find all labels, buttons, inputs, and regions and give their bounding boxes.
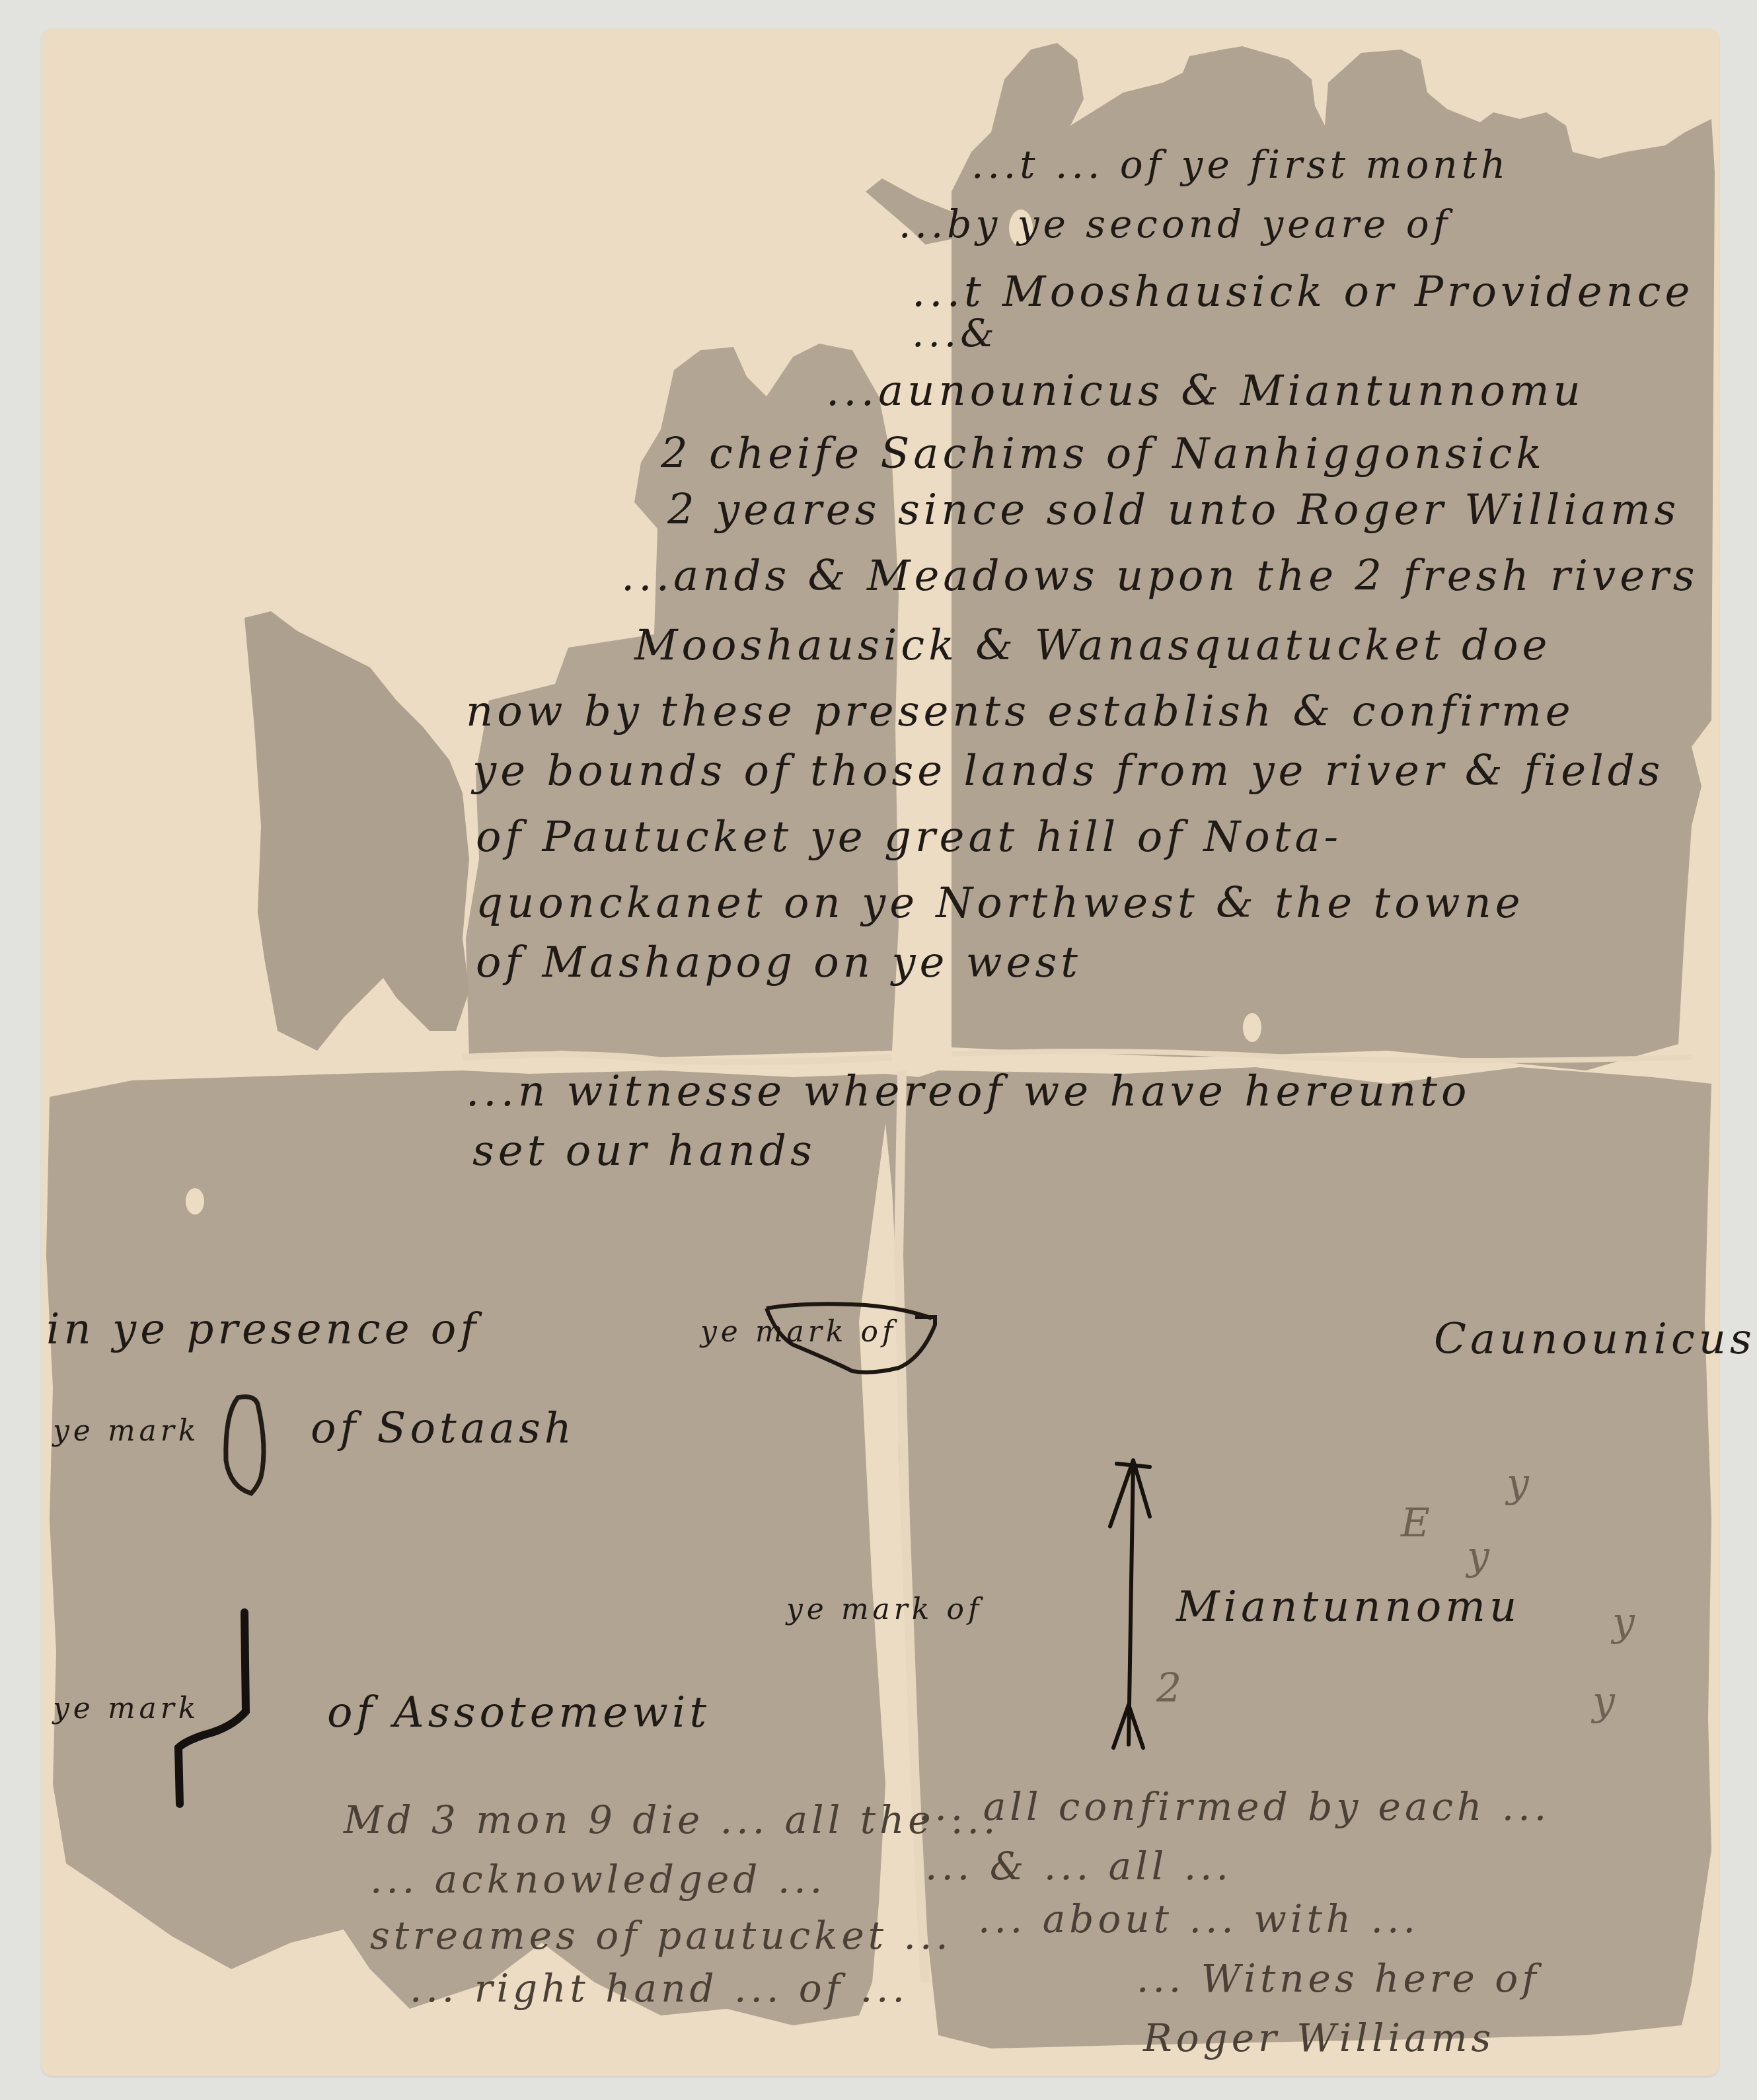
postscript-left-line: Md 3 mon 9 die ... all the ... — [344, 1797, 999, 1842]
postscript-signature: Roger Williams — [1143, 2015, 1495, 2060]
witness-heading: in ye presence of — [46, 1305, 480, 1354]
signer-1-name: Caunounicus — [1434, 1315, 1756, 1364]
marginal-mark: y — [1467, 1533, 1493, 1579]
marginal-mark: y — [1592, 1678, 1619, 1725]
postscript-right-line: ... about ... with ... — [978, 1896, 1419, 1941]
signer-2-prefix: ye mark of — [786, 1593, 983, 1626]
signer-2-name: Miantunnomu — [1176, 1583, 1520, 1631]
postscript-right-line: ... & ... all ... — [925, 1844, 1232, 1889]
text-line: Mooshausick & Wanasquatucket doe — [634, 621, 1551, 670]
postscript-left-line: ... right hand ... of ... — [410, 1966, 909, 2011]
text-line: of Mashapog on ye west — [476, 938, 1082, 987]
text-line: ...ands & Meadows upon the 2 fresh river… — [621, 552, 1699, 601]
marginal-mark: y — [1612, 1599, 1639, 1645]
postscript-left-line: streames of pautucket ... — [370, 1913, 952, 1958]
postscript-right-line: ... Witnes here of — [1137, 1956, 1540, 2001]
signer-1-bow-mark — [766, 1298, 938, 1404]
marginal-mark: y — [1507, 1460, 1533, 1507]
text-line: 2 yeares since sold unto Roger Williams — [667, 486, 1680, 535]
text-line: set our hands — [472, 1127, 816, 1176]
text-line: 2 cheife Sachims of Nanhiggonsick — [661, 430, 1546, 478]
witness-2-prefix: ye mark — [53, 1692, 200, 1725]
text-line: ...aunounicus & Miantunnomu — [826, 367, 1585, 416]
text-line: ...t Mooshausick or Providence — [912, 268, 1694, 317]
postscript-right-line: ... all confirmed by each ... — [918, 1784, 1550, 1829]
text-line: ...t ... of ye first month — [971, 142, 1509, 187]
postscript-left-line: ... acknowledged ... — [370, 1857, 826, 1902]
witness-1-prefix: ye mark — [53, 1414, 200, 1448]
witness-2-name: of Assotemewit — [327, 1688, 710, 1737]
text-line: ye bounds of those lands from ye river &… — [472, 747, 1664, 796]
text-line: now by these presents establish & confir… — [466, 687, 1575, 736]
witness-1-name: of Sotaash — [311, 1404, 576, 1453]
text-line: quonckanet on ye Northwest & the towne — [476, 879, 1524, 928]
text-line: of Pautucket ye great hill of Nota- — [476, 813, 1342, 862]
text-line: ...& — [912, 311, 998, 356]
witness-2-mark — [192, 1606, 284, 1778]
witness-1-mark-circle — [218, 1388, 297, 1507]
text-line: ...by ye second yeare of — [899, 202, 1451, 246]
text-line: ...n witnesse whereof we have hereunto — [466, 1067, 1470, 1116]
marginal-mark: 2 — [1156, 1665, 1185, 1711]
marginal-mark: E — [1401, 1500, 1434, 1546]
